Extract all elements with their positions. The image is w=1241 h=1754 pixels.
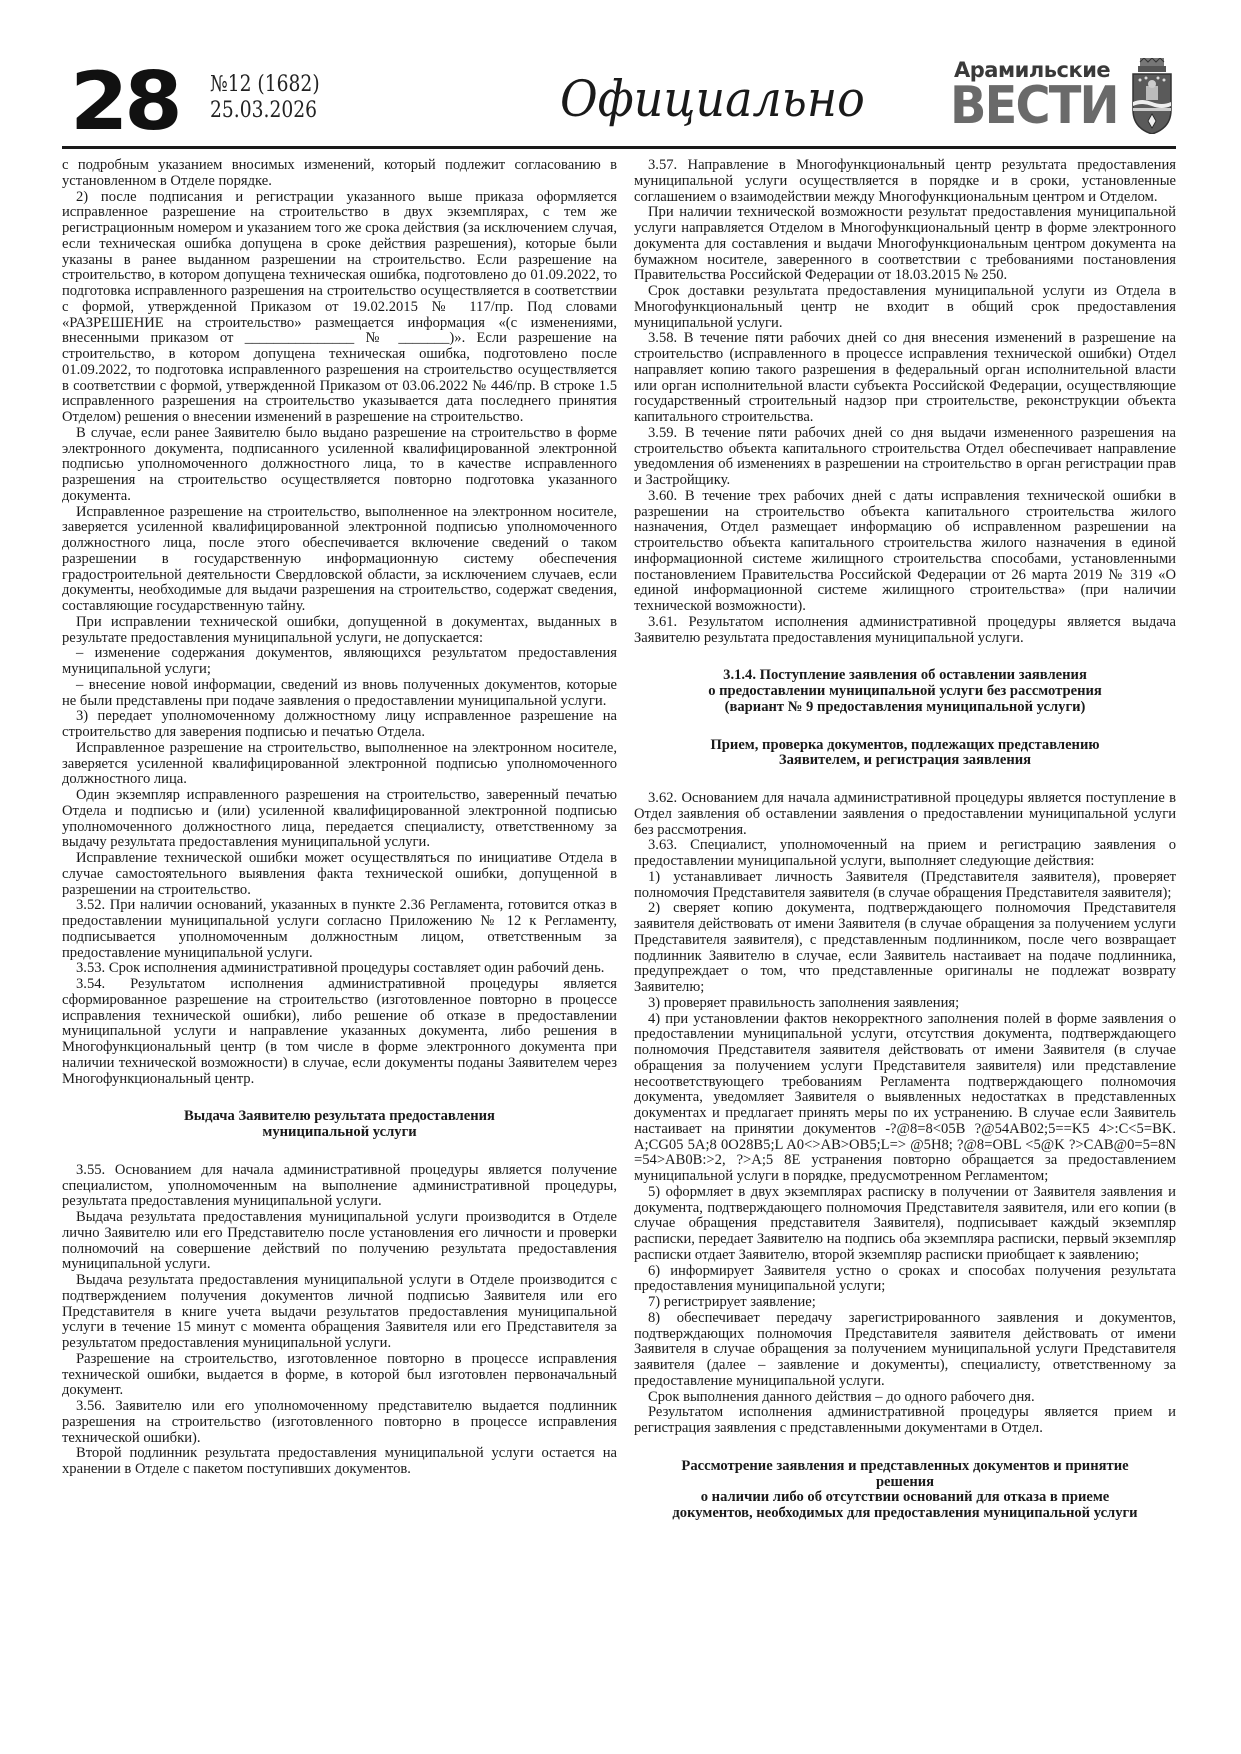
- issue-info: №12 (1682) 25.03.2026: [210, 72, 320, 124]
- paragraph: с подробным указанием вносимых изменений…: [62, 158, 617, 190]
- paragraph: – изменение содержания документов, являю…: [62, 646, 617, 678]
- paragraph: 3.62. Основанием для начала администрати…: [634, 791, 1176, 838]
- masthead: 28 №12 (1682) 25.03.2026 Официально Арам…: [62, 0, 1176, 150]
- paragraph: 3.61. Результатом исполнения администрат…: [634, 615, 1176, 647]
- paragraph: 3) передает уполномоченному должностному…: [62, 709, 617, 741]
- heading-line: 3.1.4. Поступление заявления об оставлен…: [634, 668, 1176, 684]
- paragraph: Выдача результата предоставления муницип…: [62, 1273, 617, 1352]
- heading-line: о предоставлении муниципальной услуги бе…: [634, 684, 1176, 700]
- paragraph: 2) сверяет копию документа, подтверждающ…: [634, 901, 1176, 996]
- heading-line: Выдача Заявителю результата предоставлен…: [62, 1109, 617, 1125]
- issue-date: 25.03.2026: [210, 98, 320, 124]
- page-number: 28: [70, 62, 178, 142]
- newspaper-logo: Арамильские ВЕСТИ: [950, 58, 1120, 138]
- paragraph: 3.58. В течение пяти рабочих дней со дня…: [634, 331, 1176, 426]
- paragraph: Один экземпляр исправленного разрешения …: [62, 788, 617, 851]
- paragraph: Результатом исполнения административной …: [634, 1405, 1176, 1437]
- paragraph: При наличии технической возможности резу…: [634, 205, 1176, 284]
- heading-line: Прием, проверка документов, подлежащих п…: [634, 738, 1176, 754]
- paragraph: Выдача результата предоставления муницип…: [62, 1210, 617, 1273]
- paragraph: Исправленное разрешение на строительство…: [62, 741, 617, 788]
- section-heading: Рассмотрение заявления и представленных …: [634, 1459, 1176, 1522]
- paragraph: Разрешение на строительство, изготовленн…: [62, 1352, 617, 1399]
- paragraph: 3.63. Специалист, уполномоченный на прие…: [634, 838, 1176, 870]
- section-heading: 3.1.4. Поступление заявления об оставлен…: [634, 668, 1176, 715]
- heading-line: документов, необходимых для предоставлен…: [634, 1506, 1176, 1522]
- subsection-heading: Прием, проверка документов, подлежащих п…: [634, 738, 1176, 770]
- paragraph: 3.59. В течение пяти рабочих дней со дня…: [634, 426, 1176, 489]
- issue-number: №12 (1682): [210, 72, 320, 98]
- section-heading: Выдача Заявителю результата предоставлен…: [62, 1109, 617, 1141]
- heading-line: решения: [634, 1475, 1176, 1491]
- heading-line: (вариант № 9 предоставления муниципально…: [634, 700, 1176, 716]
- left-column: с подробным указанием вносимых изменений…: [62, 158, 617, 1478]
- paragraph: Исправление технической ошибки может осу…: [62, 851, 617, 898]
- paragraph: В случае, если ранее Заявителю было выда…: [62, 426, 617, 505]
- paragraph: – внесение новой информации, сведений из…: [62, 678, 617, 710]
- heading-line: Заявителем, и регистрация заявления: [634, 753, 1176, 769]
- paragraph: 1) устанавливает личность Заявителя (Пре…: [634, 870, 1176, 902]
- paragraph: 3.56. Заявителю или его уполномоченному …: [62, 1399, 617, 1446]
- paragraph: 3) проверяет правильность заполнения зая…: [634, 996, 1176, 1012]
- paragraph: Исправленное разрешение на строительство…: [62, 505, 617, 615]
- paragraph: 3.57. Направление в Многофункциональный …: [634, 158, 1176, 205]
- heading-line: Рассмотрение заявления и представленных …: [634, 1459, 1176, 1475]
- paragraph: 2) после подписания и регистрации указан…: [62, 190, 617, 426]
- paragraph: 7) регистрирует заявление;: [634, 1295, 1176, 1311]
- paragraph: Срок выполнения данного действия – до од…: [634, 1390, 1176, 1406]
- heading-line: муниципальной услуги: [62, 1125, 617, 1141]
- paragraph: 6) информирует Заявителя устно о сроках …: [634, 1264, 1176, 1296]
- paragraph: 5) оформляет в двух экземплярах расписку…: [634, 1185, 1176, 1264]
- heading-line: о наличии либо об отсутствии оснований д…: [634, 1490, 1176, 1506]
- logo-main-text: ВЕСТИ: [950, 78, 1118, 134]
- paragraph: 3.52. При наличии оснований, указанных в…: [62, 898, 617, 961]
- coat-of-arms-icon: [1130, 58, 1174, 134]
- paragraph: 3.55. Основанием для начала администрати…: [62, 1163, 617, 1210]
- paragraph: При исправлении технической ошибки, допу…: [62, 615, 617, 647]
- paragraph: 3.53. Срок исполнения административной п…: [62, 961, 617, 977]
- header-rule: [62, 146, 1176, 149]
- paragraph: Второй подлинник результата предоставлен…: [62, 1446, 617, 1478]
- paragraph: 3.60. В течение трех рабочих дней с даты…: [634, 489, 1176, 615]
- paragraph: Срок доставки результата предоставления …: [634, 284, 1176, 331]
- right-column: 3.57. Направление в Многофункциональный …: [634, 158, 1176, 1522]
- paragraph: 3.54. Результатом исполнения администрат…: [62, 977, 617, 1087]
- section-title: Официально: [560, 68, 865, 130]
- paragraph: 4) при установлении фактов некорректного…: [634, 1012, 1176, 1185]
- paragraph: 8) обеспечивает передачу зарегистрирован…: [634, 1311, 1176, 1390]
